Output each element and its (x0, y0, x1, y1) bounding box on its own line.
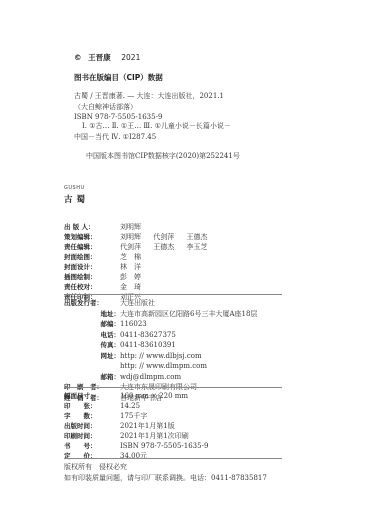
spec-label: 出版时间： (64, 421, 120, 431)
credit-value: 王德杰 (153, 243, 174, 251)
email-link[interactable]: wdj@dlmpm.com (120, 372, 181, 383)
credit-label: 插图绘制： (64, 272, 120, 282)
website-link[interactable]: http: // www.dlmpm.com (120, 361, 207, 372)
publisher-field: 地址： 大连市高新园区亿阳路6号三丰大厦A座18层 (64, 309, 257, 320)
spec-row: 字 数： 175千字 (64, 411, 208, 421)
credit-label: 策划编辑： (64, 232, 120, 242)
credit-value: 刘明辉 (120, 233, 141, 241)
rights-block: 版权所有 侵权必究 如有印装质量问题，请与印厂联系调换。电话：0411-8783… (64, 462, 267, 483)
cip-class-line: 中国－当代 Ⅳ. ①I287.45 (74, 132, 231, 143)
field-label: 邮箱： (64, 372, 120, 383)
spec-value: ISBN 978-7-5505-1635-9 (120, 441, 208, 451)
copyright-symbol: © (74, 53, 82, 62)
spec-label: 印 张： (64, 401, 120, 411)
credit-row: 策划编辑： 刘明辉 代剑萍 王德杰 (64, 232, 217, 242)
divider (64, 294, 282, 295)
divider (64, 458, 282, 459)
field-label: 网址： (64, 351, 120, 362)
spec-label: 幅面尺寸： (64, 391, 120, 401)
credits-list: 出 版 人： 刘明辉 策划编辑： 刘明辉 代剑萍 王德杰 责任编辑： 代剑萍 王… (64, 222, 217, 302)
credit-row: 出 版 人： 刘明辉 (64, 222, 217, 232)
credit-label: 责任校对： (64, 282, 120, 292)
credit-value: 金 琦 (120, 283, 141, 291)
spec-label: 定 价： (64, 451, 120, 461)
spec-value: 2021年1月第1版 (120, 421, 175, 431)
publisher-field: 邮箱： wdj@dlmpm.com (64, 372, 257, 383)
credit-value: 代剑萍 (153, 233, 174, 241)
spec-label: 字 数： (64, 411, 120, 421)
credit-value: 彭 婷 (120, 273, 141, 281)
publisher-field: 电话： 0411-83627375 (64, 330, 257, 341)
spec-value: 34.00元 (120, 451, 147, 461)
cip-title: 图书在版编目（CIP）数据 (74, 72, 163, 83)
spec-label: 书 号： (64, 441, 120, 451)
publisher-field: 传真： 0411-83610391 (64, 340, 257, 351)
spec-row: 出版时间： 2021年1月第1版 (64, 421, 208, 431)
credit-label: 责任编辑： (64, 242, 120, 252)
field-value: 0411-83627375 (120, 330, 176, 341)
spec-value: 160 mm × 220 mm (120, 391, 188, 401)
field-value: 0411-83610391 (120, 340, 176, 351)
credit-row: 封面绘图： 芝 棉 (64, 252, 217, 262)
credit-value: 代剑萍 (120, 243, 141, 251)
credit-label: 出 版 人： (64, 222, 120, 232)
spec-row: 印刷时间： 2021年1月第1次印刷 (64, 431, 208, 441)
quality-notice: 如有印装质量问题，请与印厂联系调换。电话：0411-87835817 (64, 473, 267, 484)
spec-row: 印 张： 14.25 (64, 401, 208, 411)
spec-row: 幅面尺寸： 160 mm × 220 mm (64, 391, 208, 401)
credit-label: 封面绘图： (64, 252, 120, 262)
book-pinyin: GUSHU (64, 185, 85, 191)
field-label: 地址： (64, 309, 120, 320)
credit-value: 林 洋 (120, 263, 141, 271)
credit-row: 责任校对： 金 琦 (64, 282, 217, 292)
credit-value: 李玉芝 (186, 243, 207, 251)
cip-record-number: 中国版本图书馆CIP数据核字(2020)第252241号 (86, 151, 240, 161)
publisher-label: 出版发行者： (64, 298, 120, 309)
field-value: 大连市高新园区亿阳路6号三丰大厦A座18层 (120, 309, 257, 320)
spec-value: 175千字 (120, 411, 147, 421)
copyright-year: 2021 (121, 53, 140, 62)
publisher-field: http: // www.dlmpm.com (64, 361, 257, 372)
cip-class-line: Ⅰ. ①古… Ⅱ. ①王… Ⅲ. ①儿童小说－长篇小说－ (74, 121, 231, 132)
field-label: 传真： (64, 340, 120, 351)
cip-body-line: （大白鲸神话部落） (74, 102, 224, 113)
publisher-field: 邮编： 116023 (64, 319, 257, 330)
credit-value: 刘明辉 (120, 223, 141, 231)
credit-row: 封面设计： 林 洋 (64, 262, 217, 272)
credit-value: 王德杰 (186, 233, 207, 241)
field-label (64, 361, 120, 372)
specs-block: 幅面尺寸： 160 mm × 220 mm 印 张： 14.25 字 数： 17… (64, 391, 208, 461)
spec-value: 2021年1月第1次印刷 (120, 431, 189, 441)
field-label: 邮编： (64, 319, 120, 330)
copyright-line: © 王晋康 2021 (74, 52, 140, 63)
publisher-row: 出版发行者： 大连出版社 (64, 298, 257, 309)
cip-body: 古蜀 / 王晋康著. — 大连：大连出版社，2021.1 （大白鲸神话部落） I… (74, 91, 224, 123)
copyright-holder: 王晋康 (88, 53, 111, 62)
credit-value: 芝 棉 (120, 253, 141, 261)
publisher-name: 大连出版社 (120, 298, 155, 309)
cip-classification: Ⅰ. ①古… Ⅱ. ①王… Ⅲ. ①儿童小说－长篇小说－ 中国－当代 Ⅳ. ①I… (74, 121, 231, 142)
spec-label: 印刷时间： (64, 431, 120, 441)
credit-row: 插图绘制： 彭 婷 (64, 272, 217, 282)
field-label: 电话： (64, 330, 120, 341)
credit-label: 封面设计： (64, 262, 120, 272)
book-title: 古蜀 (64, 193, 89, 205)
credit-row: 责任编辑： 代剑萍 王德杰 李玉芝 (64, 242, 217, 252)
publisher-field: 网址： http: // www.dlbjsj.com (64, 351, 257, 362)
website-link[interactable]: http: // www.dlbjsj.com (120, 351, 202, 362)
spec-row: 书 号： ISBN 978-7-5505-1635-9 (64, 441, 208, 451)
rights-notice: 版权所有 侵权必究 (64, 462, 267, 473)
spec-row: 定 价： 34.00元 (64, 451, 208, 461)
divider (64, 387, 282, 388)
cip-body-line: 古蜀 / 王晋康著. — 大连：大连出版社，2021.1 (74, 91, 224, 102)
field-value: 116023 (120, 319, 147, 330)
spec-value: 14.25 (120, 401, 140, 411)
